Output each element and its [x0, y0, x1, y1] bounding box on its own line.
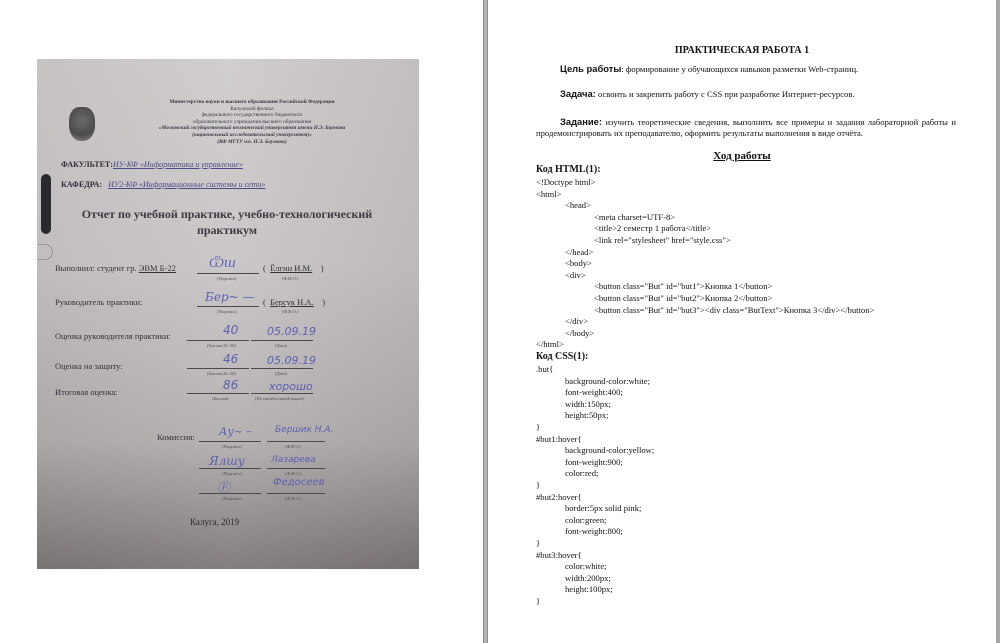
- code-line: <body>: [536, 258, 874, 270]
- code-line: font-weight:900;: [536, 457, 654, 469]
- performed-line: Выполнил: студент гр. ЭВМ Б-22: [55, 263, 176, 273]
- student-signature-line: [197, 273, 259, 274]
- date-line: [251, 340, 313, 341]
- code-line: <button class="But" id="but2">Кнопка 2</…: [536, 293, 874, 305]
- task-label: Задача:: [560, 88, 596, 99]
- report-title: Отчет по учебной практике, учебно-технол…: [67, 206, 387, 238]
- department-value: ИУ2-КФ «Информационные системы и сети»: [108, 180, 265, 189]
- caption-fio: (Ф.И.О.): [282, 276, 298, 281]
- commission-name-1: Бершик Н.А.: [275, 425, 333, 435]
- supervisor-signature: Бер~ —: [205, 290, 254, 304]
- header-line-3: федерального государственного бюджетного: [107, 112, 397, 119]
- code-line: height:100px;: [536, 584, 654, 596]
- commission-name-3: Федосеев: [273, 477, 325, 488]
- code-line: <button class="But" id="but3"><div class…: [536, 305, 874, 317]
- css-code-heading: Код CSS(1):: [536, 351, 588, 362]
- code-line: #but1:hover{: [536, 434, 654, 446]
- points-line: [187, 368, 249, 369]
- institution-header: Министерство науки и высшего образования…: [107, 99, 397, 145]
- supervisor-label: Руководитель практики:: [55, 297, 142, 307]
- university-status: (национальный исследовательский универси…: [107, 132, 397, 139]
- department-line: КАФЕДРА: ИУ2-КФ «Информационные системы …: [61, 180, 265, 189]
- caption-fio: (Ф.И.О.): [285, 496, 301, 501]
- code-line: #but2:hover{: [536, 492, 654, 504]
- university-name: «Московский государственный технический …: [107, 125, 397, 132]
- caption-scale: (По пятибалльной шкале): [255, 396, 304, 401]
- date-line: [251, 368, 313, 369]
- grade-supervisor-points: 40: [223, 323, 238, 337]
- code-line: }: [536, 596, 654, 608]
- city-year: Калуга, 2019: [190, 517, 239, 527]
- caption-points: (Баллов,30..50): [207, 343, 236, 348]
- code-line: font-weight:800;: [536, 526, 654, 538]
- grade-defense-points: 46: [223, 352, 238, 366]
- faculty-label: ФАКУЛЬТЕТ:: [61, 160, 113, 169]
- grade-supervisor-date: 05.09.19: [267, 325, 316, 338]
- section-title: Ход работы: [488, 150, 996, 162]
- code-line: color:red;: [536, 468, 654, 480]
- html-code-heading: Код HTML(1):: [536, 164, 601, 175]
- code-line: height:50px;: [536, 410, 654, 422]
- code-line: color:white;: [536, 561, 654, 573]
- commission-signature-1: Ау~ –: [219, 425, 252, 438]
- caption-points: (Баллов,30..50): [207, 371, 236, 376]
- code-line: color:green;: [536, 515, 654, 527]
- code-line: <div>: [536, 270, 874, 282]
- student-name: ( Ёлгин И.М. ): [263, 263, 324, 273]
- commission-signature-2: Ялшу: [209, 454, 245, 468]
- caption-fio: (Ф.И.О.): [285, 471, 301, 476]
- supervisor-name: ( Берсук Н.А. ): [263, 297, 325, 307]
- caption-signature: (Подпись): [222, 444, 242, 449]
- university-abbr: (КФ МГТУ им. Н.Э. Баумана): [107, 139, 397, 146]
- css-code-block: .but{background-color:white;font-weight:…: [536, 364, 654, 607]
- caption-signature: (Подпись): [222, 471, 242, 476]
- right-page: ПРАКТИЧЕСКАЯ РАБОТА 1 Цель работы: форми…: [488, 0, 996, 643]
- fio-line: [267, 493, 325, 494]
- points-line: [187, 340, 249, 341]
- university-emblem-icon: [69, 107, 95, 141]
- caption-signature: (Подпись): [222, 496, 242, 501]
- signature-line: [199, 468, 261, 469]
- assignment-paragraph: Задание: изучить теоретические сведения,…: [536, 117, 956, 138]
- goal-paragraph: Цель работы: формирование у обучающихся …: [560, 64, 980, 75]
- code-line: .but{: [536, 364, 654, 376]
- faculty-line: ФАКУЛЬТЕТ:ИУ-КФ «Информатика и управлени…: [61, 160, 243, 169]
- goal-label: Цель работы: [560, 63, 621, 74]
- code-line: <!Doctype html>: [536, 177, 874, 189]
- final-grade-label: Итоговая оценка:: [55, 387, 117, 397]
- code-line: }: [536, 480, 654, 492]
- supervisor-signature-line: [197, 306, 259, 307]
- code-line: <link rel="stylesheet" href="style.css">: [536, 235, 874, 247]
- faculty-value: ИУ-КФ «Информатика и управление»: [113, 160, 243, 169]
- student-signature: Ѿш: [209, 255, 236, 271]
- code-line: <html>: [536, 189, 874, 201]
- scrollbar-edge[interactable]: [996, 0, 1000, 643]
- caption-signature: (Подпись): [217, 309, 237, 314]
- code-line: background-color:white;: [536, 376, 654, 388]
- code-line: width:150px;: [536, 399, 654, 411]
- fio-line: [267, 441, 325, 442]
- code-line: <meta charset=UTF-8>: [536, 212, 874, 224]
- final-grade-word: хорошо: [269, 380, 313, 393]
- document-title: ПРАКТИЧЕСКАЯ РАБОТА 1: [488, 45, 996, 56]
- code-line: #but3:hover{: [536, 550, 654, 562]
- commission-name-2: Лазарева: [271, 455, 316, 465]
- final-points: 86: [223, 378, 238, 392]
- code-line: </body>: [536, 328, 874, 340]
- group-number: ЭВМ Б-22: [139, 263, 176, 273]
- code-line: <title>2 семестр 1 работа</title>: [536, 223, 874, 235]
- code-line: font-weight:400;: [536, 387, 654, 399]
- left-page: Министерство науки и высшего образования…: [0, 0, 483, 643]
- assignment-label: Задание:: [560, 116, 602, 127]
- binder-clip: [41, 174, 51, 234]
- task-paragraph: Задача: освоить и закрепить работу с CSS…: [560, 89, 980, 100]
- code-line: <button class="But" id="but1">Кнопка 1</…: [536, 281, 874, 293]
- ministry: Министерство науки и высшего образования…: [107, 99, 397, 106]
- fio-line: [267, 468, 325, 469]
- caption-date: (Дата): [275, 371, 287, 376]
- grade-defense-date: 05.09.19: [267, 354, 316, 367]
- grade-supervisor-label: Оценка руководителя практики:: [55, 331, 171, 341]
- code-line: <head>: [536, 200, 874, 212]
- goal-text: : формирование у обучающихся навыков раз…: [621, 64, 858, 74]
- scale-line: [251, 393, 313, 394]
- code-line: background-color:yellow;: [536, 445, 654, 457]
- code-line: width:200px;: [536, 573, 654, 585]
- caption-signature: (Подпись): [217, 276, 237, 281]
- code-line: </div>: [536, 316, 874, 328]
- code-line: }: [536, 422, 654, 434]
- code-line: border:5px solid pink;: [536, 503, 654, 515]
- grade-defense-label: Оценка на защиту:: [55, 361, 123, 371]
- caption-fio: (Ф.И.О.): [282, 309, 298, 314]
- signature-line: [199, 493, 261, 494]
- title-page-photo: Министерство науки и высшего образования…: [37, 59, 419, 569]
- caption-fio: (Ф.И.О.): [285, 444, 301, 449]
- commission-label: Комиссия:: [157, 432, 195, 442]
- performed-label: Выполнил: студент гр.: [55, 263, 137, 273]
- code-line: }: [536, 538, 654, 550]
- department-label: КАФЕДРА:: [61, 180, 102, 189]
- caption-date: (Дата): [275, 343, 287, 348]
- code-line: </head>: [536, 247, 874, 259]
- points-line: [187, 393, 249, 394]
- signature-line: [199, 441, 261, 442]
- code-line: </html>: [536, 339, 874, 351]
- task-text: освоить и закрепить работу с CSS при раз…: [596, 89, 855, 99]
- caption-points-total: (Баллов): [212, 396, 228, 401]
- html-code-block: <!Doctype html><html><head><meta charset…: [536, 177, 874, 351]
